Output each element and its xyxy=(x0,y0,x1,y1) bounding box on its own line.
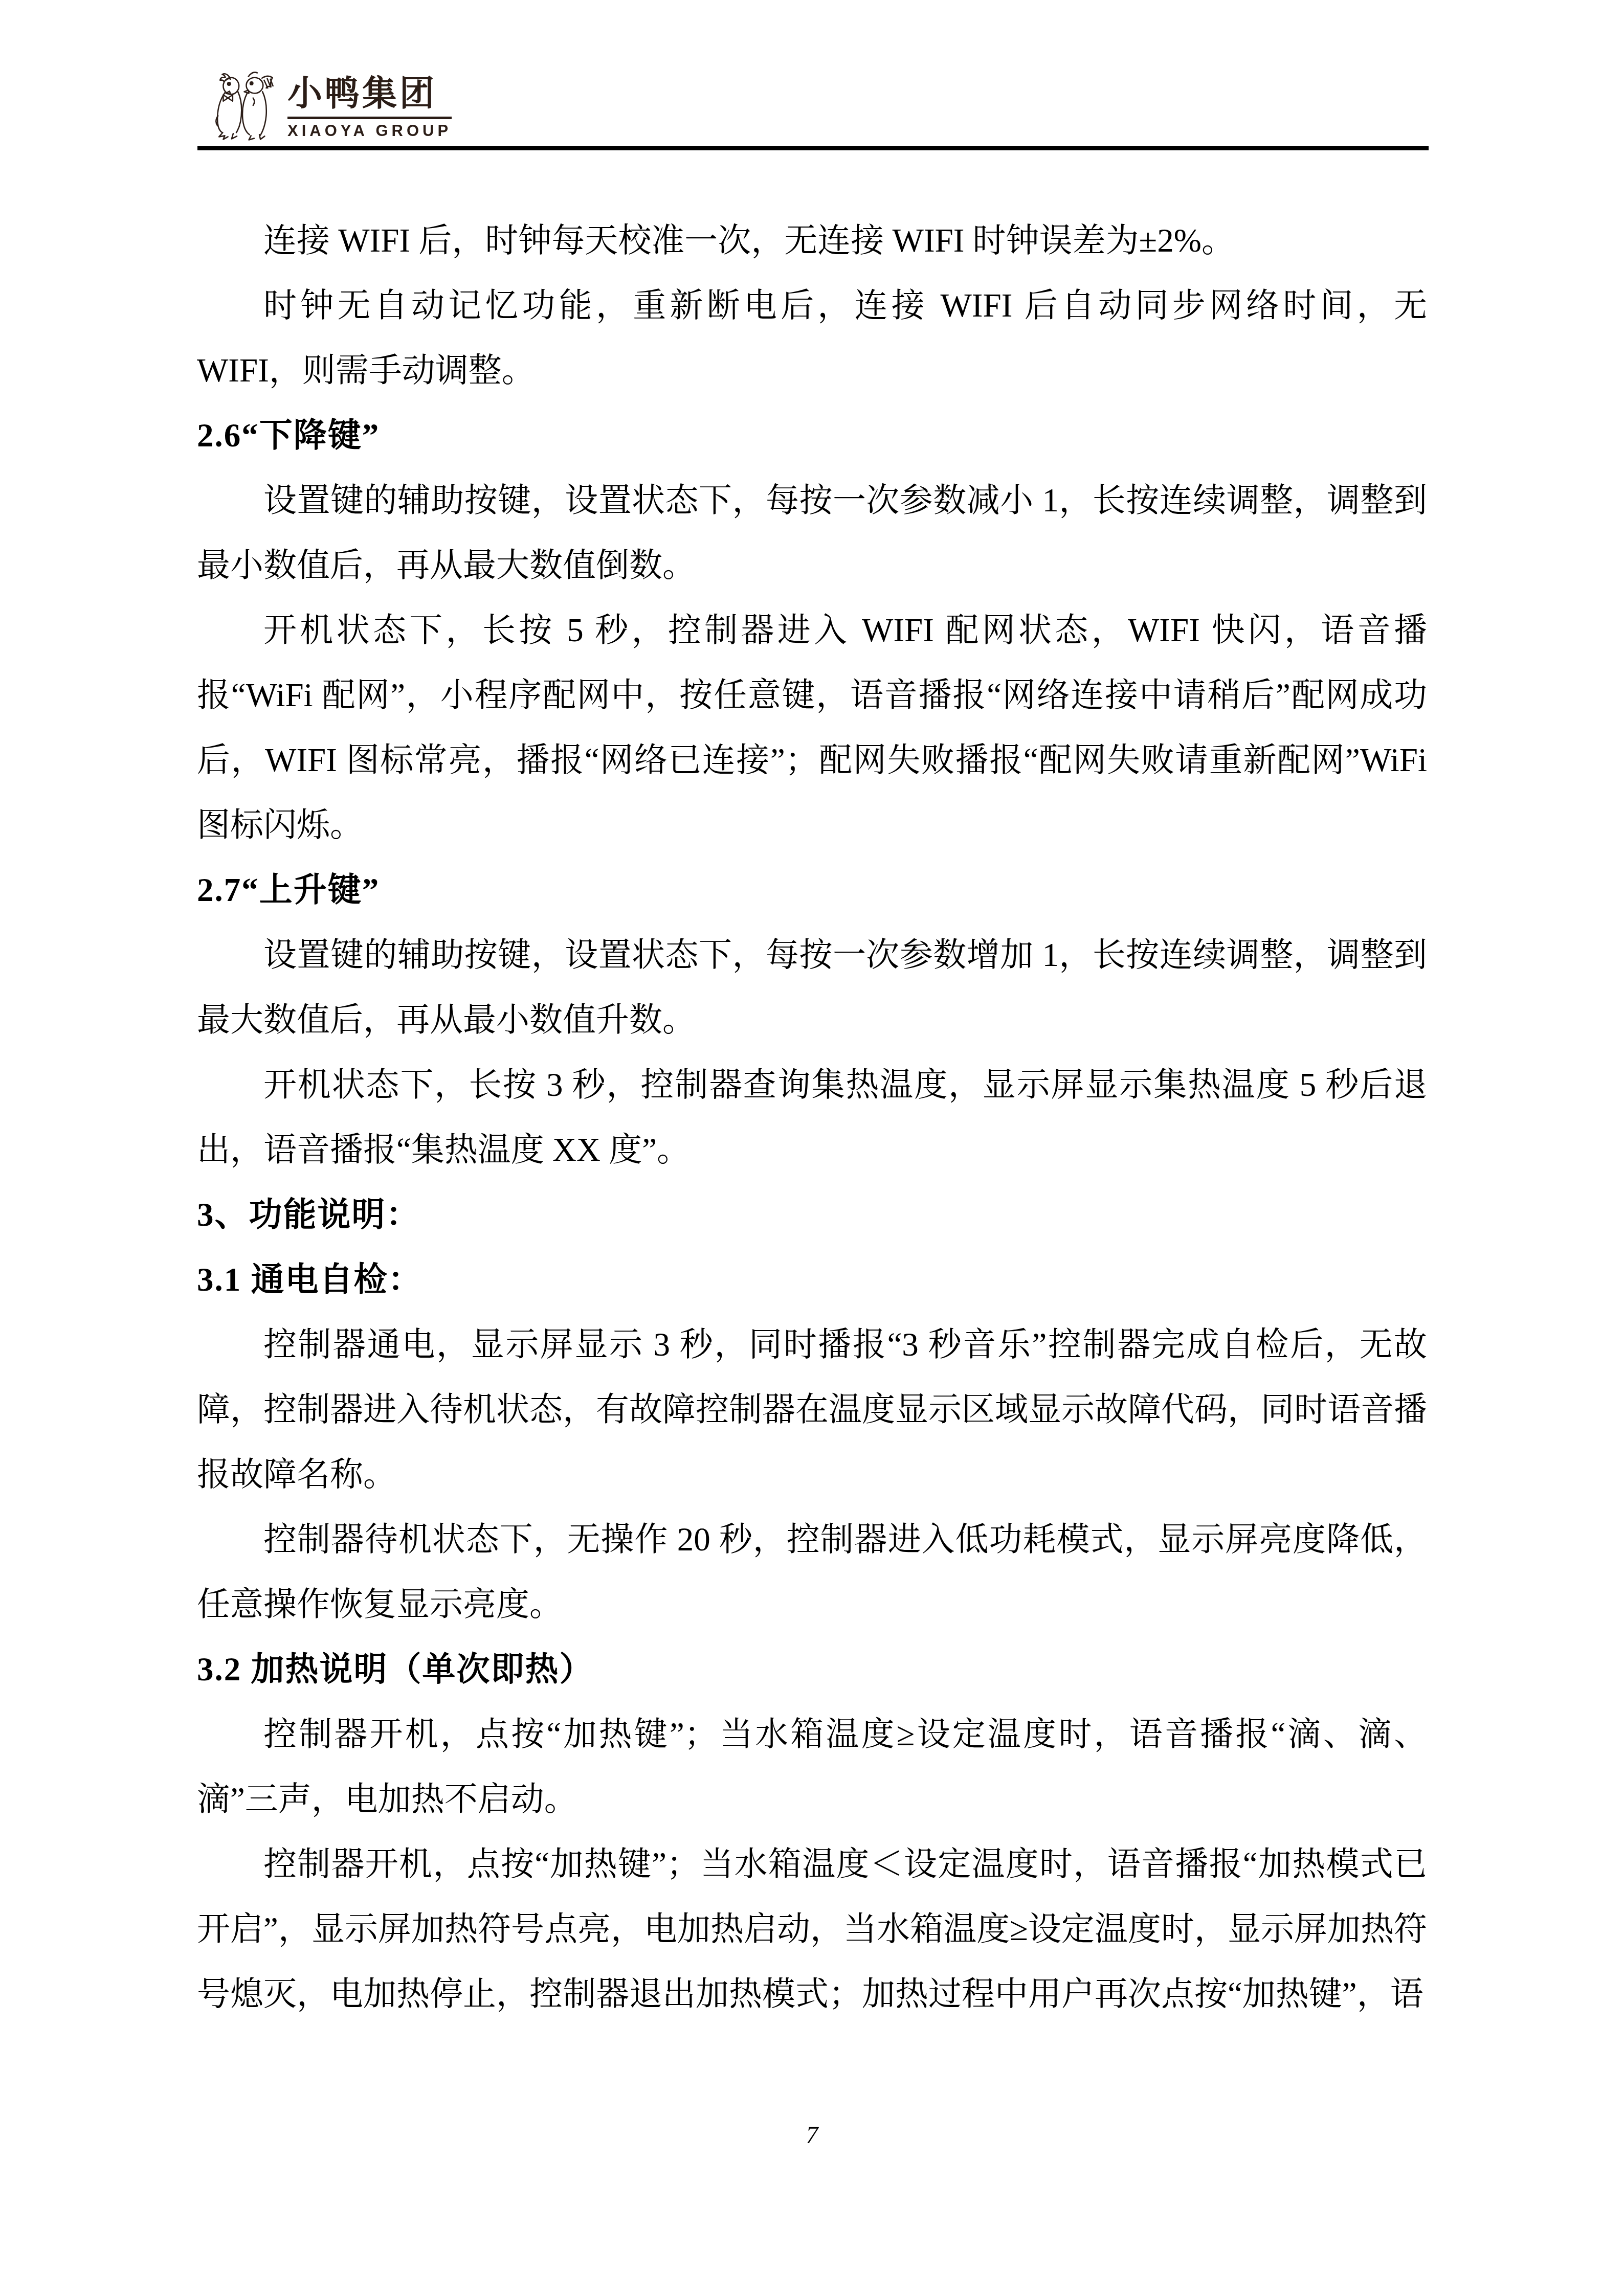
page-number: 7 xyxy=(806,2122,818,2149)
logo-underline xyxy=(287,117,452,119)
paragraph: 控制器待机状态下，无操作 20 秒，控制器进入低功耗模式，显示屏亮度降低，任意操… xyxy=(197,1507,1427,1637)
xiaoya-group-logo: 小鸭集团 XIAOYA GROUP xyxy=(214,70,452,145)
paragraph: 控制器开机，点按“加热键”；当水箱温度＜设定温度时，语音播报“加热模式已开启”，… xyxy=(197,1832,1427,2027)
logo-text: 小鸭集团 XIAOYA GROUP xyxy=(287,76,452,139)
two-ducks-mascot-icon xyxy=(214,70,279,145)
paragraph: 时钟无自动记忆功能，重新断电后，连接 WIFI 后自动同步网络时间，无 WIFI… xyxy=(197,274,1427,403)
header-divider-rule xyxy=(197,146,1429,150)
paragraph: 连接 WIFI 后，时钟每天校准一次，无连接 WIFI 时钟误差为±2%。 xyxy=(197,209,1427,274)
brand-name-chinese: 小鸭集团 xyxy=(287,76,452,112)
paragraph: 开机状态下，长按 5 秒，控制器进入 WIFI 配网状态，WIFI 快闪，语音播… xyxy=(197,598,1427,858)
section-heading-3-1: 3.1 通电自检： xyxy=(197,1248,1427,1313)
section-heading-2-7: 2.7“上升键” xyxy=(197,858,1427,923)
section-heading-2-6: 2.6“下降键” xyxy=(197,403,1427,468)
paragraph: 开机状态下，长按 3 秒，控制器查询集热温度，显示屏显示集热温度 5 秒后退出，… xyxy=(197,1053,1427,1183)
page-footer: 7 xyxy=(0,2121,1624,2149)
section-heading-3-2: 3.2 加热说明（单次即热） xyxy=(197,1637,1427,1702)
document-body: 连接 WIFI 后，时钟每天校准一次，无连接 WIFI 时钟误差为±2%。 时钟… xyxy=(197,209,1427,2027)
paragraph: 设置键的辅助按键，设置状态下，每按一次参数增加 1，长按连续调整，调整到最大数值… xyxy=(197,923,1427,1053)
brand-name-english: XIAOYA GROUP xyxy=(287,123,452,139)
document-page: 小鸭集团 XIAOYA GROUP 连接 WIFI 后，时钟每天校准一次，无连接… xyxy=(0,0,1624,2296)
paragraph: 控制器通电，显示屏显示 3 秒，同时播报“3 秒音乐”控制器完成自检后，无故障，… xyxy=(197,1313,1427,1507)
paragraph: 控制器开机，点按“加热键”；当水箱温度≥设定温度时，语音播报“滴、滴、滴”三声，… xyxy=(197,1702,1427,1832)
paragraph: 设置键的辅助按键，设置状态下，每按一次参数减小 1，长按连续调整，调整到最小数值… xyxy=(197,468,1427,598)
section-heading-3: 3、功能说明： xyxy=(197,1183,1427,1248)
